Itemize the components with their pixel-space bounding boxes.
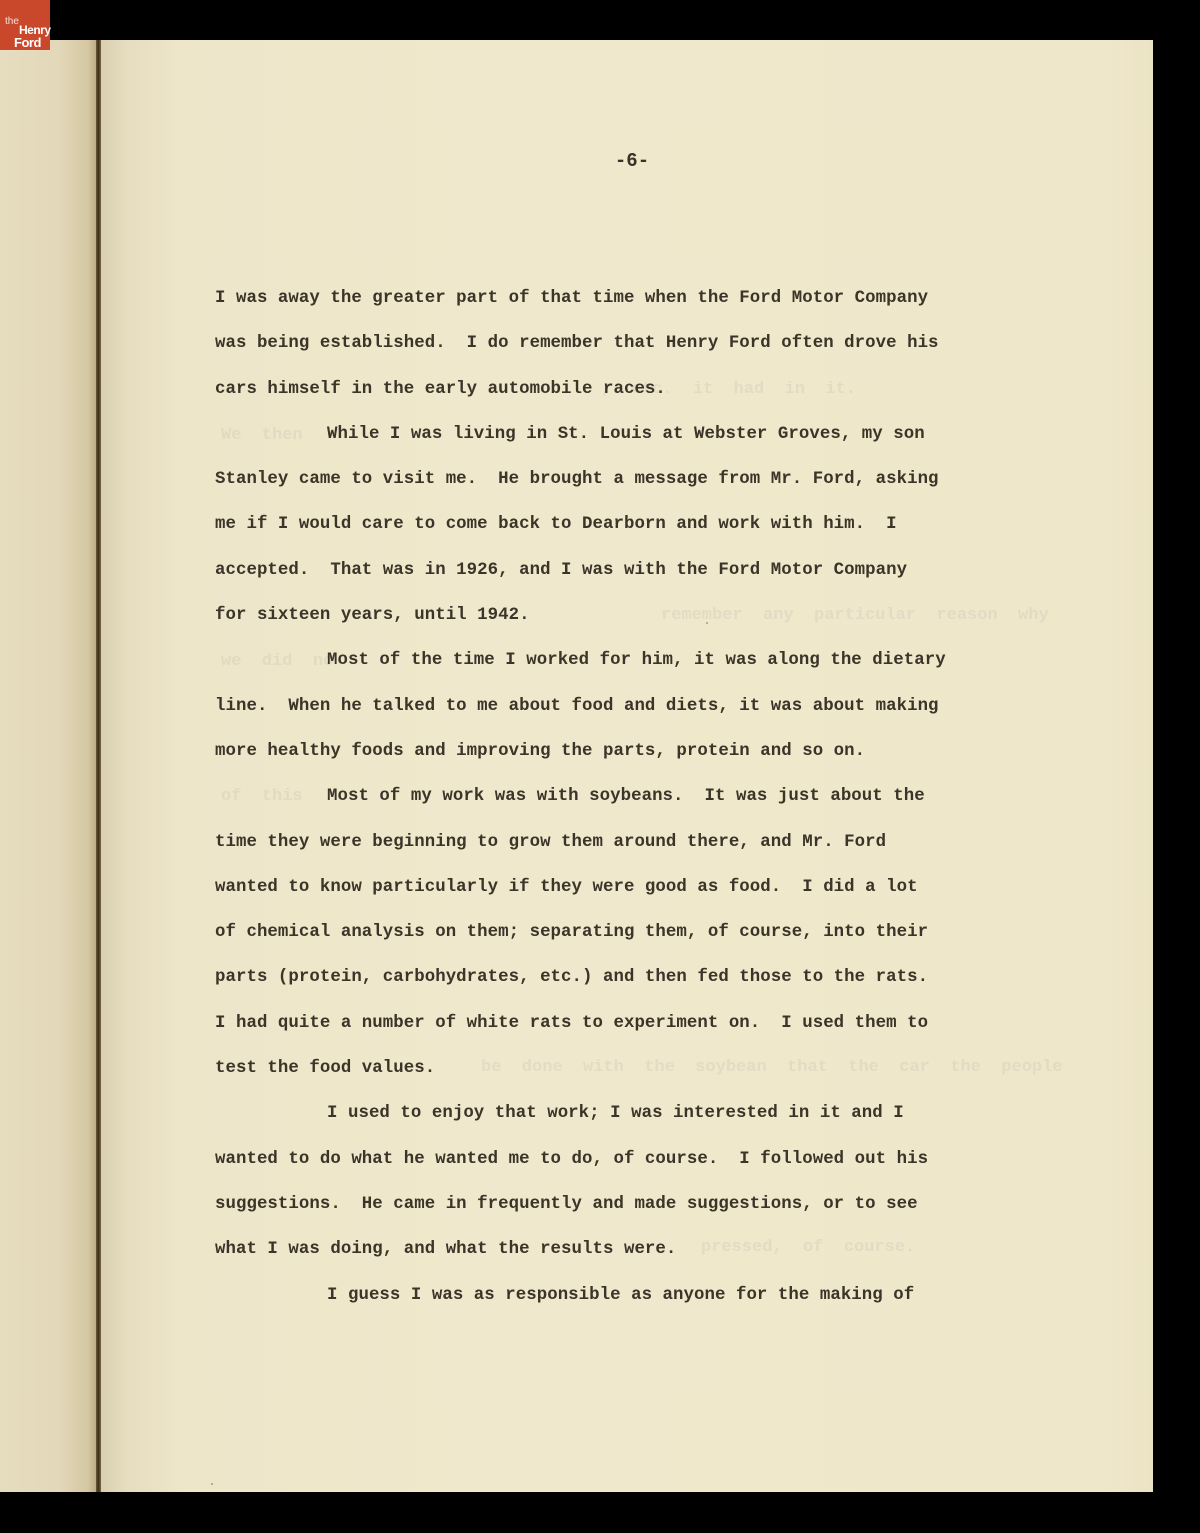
book-gutter [96,40,101,1492]
text-line: accepted. That was in 1926, and I was wi… [215,556,1005,601]
text-line: cars himself in the early automobile rac… [215,375,1005,420]
text-line: for sixteen years, until 1942. [215,601,1005,646]
text-line: Most of the time I worked for him, it wa… [215,646,1005,691]
text-line: parts (protein, carbohydrates, etc.) and… [215,963,1005,1008]
logo-the: the [5,17,19,27]
text-line: I used to enjoy that work; I was interes… [215,1099,1005,1144]
paper-speck [211,1483,213,1485]
text-line: me if I would care to come back to Dearb… [215,510,1005,555]
text-line: wanted to know particularly if they were… [215,873,1005,918]
text-line: line. When he talked to me about food an… [215,692,1005,737]
text-line: wanted to do what he wanted me to do, of… [215,1145,1005,1190]
text-line: Stanley came to visit me. He brought a m… [215,465,1005,510]
text-line: more healthy foods and improving the par… [215,737,1005,782]
text-line: of chemical analysis on them; separating… [215,918,1005,963]
text-line: what I was doing, and what the results w… [215,1235,1005,1280]
text-line: test the food values. [215,1054,1005,1099]
text-line: Most of my work was with soybeans. It wa… [215,782,1005,827]
document-body: I was away the greater part of that time… [215,284,1005,1326]
facing-page-edge [0,40,98,1492]
text-line: I guess I was as responsible as anyone f… [215,1281,1005,1326]
text-line: While I was living in St. Louis at Webst… [215,420,1005,465]
logo-ford: Ford [14,36,41,49]
page-number: -6- [101,150,1153,172]
text-line: suggestions. He came in frequently and m… [215,1190,1005,1235]
henry-ford-logo: the Henry Ford [0,0,50,50]
text-line: was being established. I do remember tha… [215,329,1005,374]
text-line: I had quite a number of white rats to ex… [215,1009,1005,1054]
typed-page: -6- , etc. it had in it. We then remembe… [101,40,1153,1492]
text-line: I was away the greater part of that time… [215,284,1005,329]
text-line: time they were beginning to grow them ar… [215,828,1005,873]
